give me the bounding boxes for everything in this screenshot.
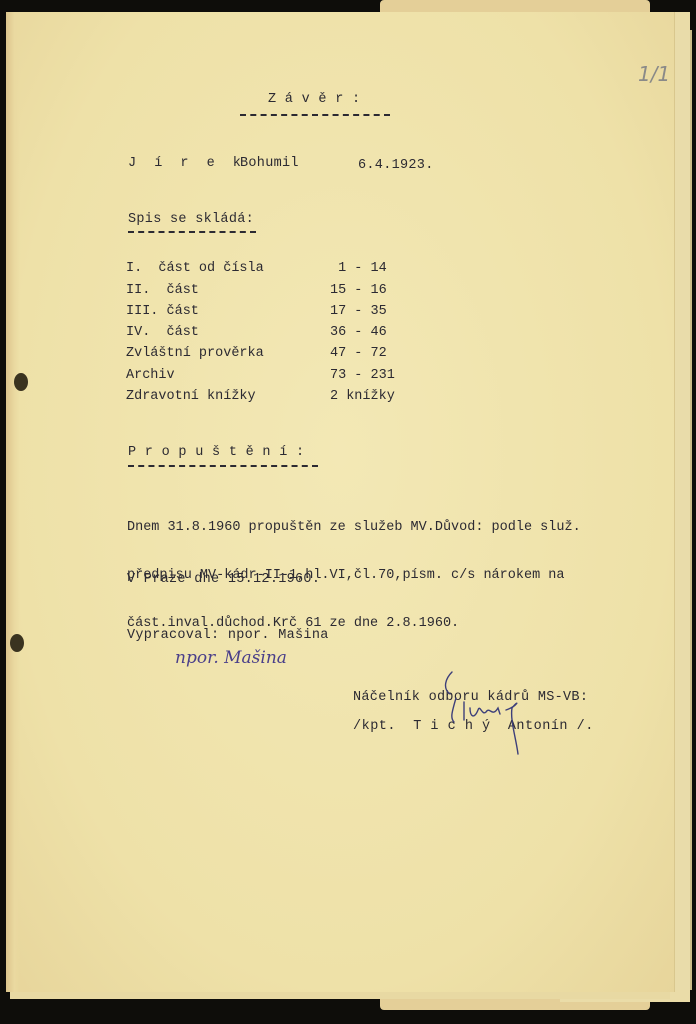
list-item-label: Zvláštní prověrka [126, 346, 264, 361]
list-item-label: III. část [126, 304, 199, 319]
file-contents-heading: Spis se skládá: [128, 212, 254, 227]
list-item-range: 1 - 14 [330, 261, 387, 276]
prepared-by: Vypracoval: npor. Mašina [127, 628, 329, 643]
dismissal-underline [128, 465, 318, 467]
list-item-label: I. část od čísla [126, 261, 264, 276]
page-number-pencil: 1/1 [638, 62, 670, 86]
punch-hole-bottom [10, 634, 24, 652]
subject-surname: J í r e k [128, 156, 246, 171]
punch-hole-top [14, 373, 28, 391]
dismissal-text: Dnem 31.8.1960 propuštěn ze služeb MV.Dů… [127, 488, 581, 648]
list-item-range: 36 - 46 [330, 325, 387, 340]
list-item-range: 17 - 35 [330, 304, 387, 319]
subject-first-name: Bohumil [240, 156, 299, 171]
list-item-label: II. část [126, 283, 199, 298]
dismissal-heading: P r o p u š t ě n í : [128, 445, 304, 460]
document-title: Z á v ě r : [268, 92, 360, 107]
list-item-range: 73 - 231 [330, 368, 395, 383]
list-item-range: 47 - 72 [330, 346, 387, 361]
chief-signature-icon [420, 668, 540, 758]
dismissal-line: Dnem 31.8.1960 propuštěn ze služeb MV.Dů… [127, 520, 581, 536]
place-and-date: V Praze dne 15.12.1960. [127, 572, 320, 587]
list-item-label: Zdravotní knížky [126, 389, 256, 404]
subject-birth-date: 6.4.1923. [358, 158, 434, 173]
list-item-range: 2 knížky [330, 389, 395, 404]
list-item-range: 15 - 16 [330, 283, 387, 298]
prepared-by-signature: npor. Mašina [175, 648, 287, 668]
title-underline [240, 114, 390, 116]
list-item-label: IV. část [126, 325, 199, 340]
file-contents-underline [128, 231, 256, 233]
list-item-label: Archiv [126, 368, 175, 383]
binding-edge [6, 12, 20, 992]
